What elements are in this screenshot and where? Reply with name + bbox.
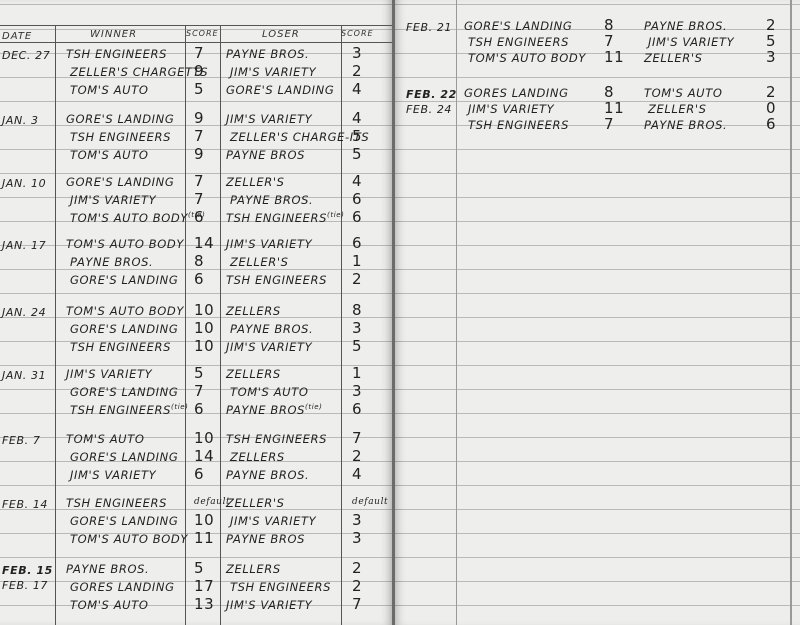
header-bottom-rule <box>0 42 393 43</box>
winner-team: TSH ENGINEERS <box>468 118 569 132</box>
loser-score: 4 <box>352 172 362 190</box>
winner-team: GORE'S LANDING <box>70 450 178 464</box>
loser-score: 6 <box>352 234 362 252</box>
loser-score: default <box>352 497 388 507</box>
loser-team: PAYNE BROS <box>226 148 305 162</box>
winner-score: 5 <box>194 364 204 382</box>
game-date: DEC. 27 <box>2 49 50 62</box>
loser-team: PAYNE BROS. <box>644 19 727 33</box>
game-date: FEB. 15 <box>2 564 53 577</box>
winner-score: 14 <box>194 447 214 465</box>
loser-team: JIM'S VARIETY <box>226 340 312 354</box>
winner-team: TSH ENGINEERS <box>70 130 171 144</box>
winner-score: 10 <box>194 511 214 529</box>
winner-score: 13 <box>194 595 214 613</box>
winner-score: 6 <box>194 270 204 288</box>
loser-score: 3 <box>352 511 362 529</box>
winner-team: GORES LANDING <box>464 86 569 100</box>
winner-team: TOM'S AUTO <box>66 432 144 446</box>
loser-score: 4 <box>352 80 362 98</box>
winner-team: GORE'S LANDING <box>70 514 178 528</box>
header-top-rule <box>0 25 393 26</box>
tie-note: (tie) <box>327 211 344 219</box>
loser-team: JIM'S VARIETY <box>230 65 316 79</box>
winner-score: 5 <box>194 559 204 577</box>
loser-score: 3 <box>766 48 776 66</box>
loser-score: 2 <box>352 577 362 595</box>
loser-score: 2 <box>352 62 362 80</box>
winner-score: 6 <box>194 465 204 483</box>
winner-team: TOM'S AUTO BODY(tie) <box>70 211 205 225</box>
loser-score: 6 <box>766 115 776 133</box>
game-date-alt: FEB. 24 <box>406 103 452 116</box>
winner-score: 9 <box>194 109 204 127</box>
winner-score: 7 <box>194 172 204 190</box>
winner-team: GORE'S LANDING <box>70 385 178 399</box>
loser-team: JIM'S VARIETY <box>226 237 312 251</box>
loser-team: TSH ENGINEERS <box>226 432 327 446</box>
loser-team: TOM'S AUTO <box>644 86 722 100</box>
loser-score: 2 <box>352 270 362 288</box>
loser-team: TSH ENGINEERS <box>226 273 327 287</box>
loser-score: 4 <box>352 465 362 483</box>
winner-team: TOM'S AUTO BODY <box>66 304 184 318</box>
loser-score: 6 <box>352 190 362 208</box>
loser-team: ZELLERS <box>226 304 281 318</box>
header-loser: LOSER <box>262 29 300 40</box>
tie-note: (tie) <box>171 403 188 411</box>
winner-team: GORE'S LANDING <box>70 322 178 336</box>
winner-score: 5 <box>194 80 204 98</box>
loser-team: PAYNE BROS. <box>226 468 309 482</box>
winner-score: 8 <box>194 252 204 270</box>
loser-score: 1 <box>352 364 362 382</box>
game-date: JAN. 24 <box>2 306 46 319</box>
left-page: DATE WINNER SCORE LOSER SCORE DEC. 27TSH… <box>0 0 393 625</box>
loser-team: ZELLER'S <box>226 496 284 510</box>
loser-score: 3 <box>352 382 362 400</box>
loser-score: 6 <box>352 208 362 226</box>
loser-team: GORE'S LANDING <box>226 83 334 97</box>
loser-score: 3 <box>352 44 362 62</box>
winner-score: 10 <box>194 319 214 337</box>
loser-team: TSH ENGINEERS(tie) <box>226 211 345 225</box>
winner-team: TSH ENGINEERS <box>66 47 167 61</box>
tie-note: (tie) <box>305 403 322 411</box>
loser-score: 8 <box>352 301 362 319</box>
date-column-rule <box>55 25 56 625</box>
loser-score: 1 <box>352 252 362 270</box>
winner-team: GORE'S LANDING <box>464 19 572 33</box>
winner-team: PAYNE BROS. <box>66 562 149 576</box>
winner-team: GORE'S LANDING <box>66 175 174 189</box>
winner-score: 7 <box>604 115 614 133</box>
loser-team: PAYNE BROS. <box>226 47 309 61</box>
loser-team: ZELLER'S <box>644 51 702 65</box>
header-loser-score: SCORE <box>341 29 374 38</box>
winner-score: 11 <box>194 529 214 547</box>
winner-team: TOM'S AUTO <box>70 83 148 97</box>
game-date: FEB. 7 <box>2 434 40 447</box>
winner-team: TOM'S AUTO <box>70 148 148 162</box>
game-date: JAN. 17 <box>2 239 46 252</box>
loser-team: ZELLER'S <box>648 102 706 116</box>
winner-team: ZELLER'S CHARGETTS <box>70 65 208 79</box>
winner-team: TSH ENGINEERS <box>66 496 167 510</box>
loser-team: JIM'S VARIETY <box>230 514 316 528</box>
loser-team: ZELLER'S CHARGE-ITS <box>230 130 369 144</box>
winner-team: PAYNE BROS. <box>70 255 153 269</box>
loser-team: TSH ENGINEERS <box>230 580 331 594</box>
winner-score: 6 <box>194 400 204 418</box>
loser-score: 7 <box>352 595 362 613</box>
winner-team: GORES LANDING <box>70 580 175 594</box>
winner-team: JIM'S VARIETY <box>70 193 156 207</box>
loser-team: ZELLERS <box>230 450 285 464</box>
winner-score: 11 <box>604 48 624 66</box>
winner-score: 7 <box>194 127 204 145</box>
loser-score: 5 <box>352 145 362 163</box>
loser-team: TOM'S AUTO <box>230 385 308 399</box>
game-date: FEB. 21 <box>406 21 452 34</box>
winner-score: 9 <box>194 145 204 163</box>
book-gutter <box>392 0 395 625</box>
winner-team: TOM'S AUTO BODY <box>66 237 184 251</box>
winner-score: 17 <box>194 577 214 595</box>
loser-team: ZELLER'S <box>230 255 288 269</box>
loser-column-rule <box>220 25 221 625</box>
game-date: FEB. 14 <box>2 498 48 511</box>
winner-score: 7 <box>194 382 204 400</box>
loser-team: JIM'S VARIETY <box>226 598 312 612</box>
loser-team: PAYNE BROS <box>226 532 305 546</box>
winner-team: TSH ENGINEERS <box>70 340 171 354</box>
loser-team: ZELLER'S <box>226 175 284 189</box>
winner-team: TSH ENGINEERS(tie) <box>70 403 189 417</box>
loser-team: JIM'S VARIETY <box>226 112 312 126</box>
loser-score: 3 <box>352 529 362 547</box>
ledger-spread: DATE WINNER SCORE LOSER SCORE DEC. 27TSH… <box>0 0 800 625</box>
header-winner: WINNER <box>90 29 137 40</box>
page-edge <box>790 0 792 625</box>
loser-score: 5 <box>352 337 362 355</box>
game-date: FEB. 22 <box>406 88 457 101</box>
game-date: JAN. 10 <box>2 177 46 190</box>
game-date-alt: FEB. 17 <box>2 579 48 592</box>
winner-team: GORE'S LANDING <box>70 273 178 287</box>
winner-team: TOM'S AUTO BODY <box>70 532 188 546</box>
winner-score: 10 <box>194 429 214 447</box>
loser-score: 5 <box>352 127 362 145</box>
loser-score: 7 <box>352 429 362 447</box>
header-winner-score: SCORE <box>186 29 219 38</box>
winner-team: JIM'S VARIETY <box>66 367 152 381</box>
loser-score-column-rule <box>341 25 342 625</box>
loser-team: PAYNE BROS. <box>644 118 727 132</box>
loser-team: PAYNE BROS. <box>230 193 313 207</box>
loser-team: PAYNE BROS(tie) <box>226 403 322 417</box>
game-date: JAN. 3 <box>2 114 39 127</box>
loser-score: 2 <box>352 559 362 577</box>
winner-team: TSH ENGINEERS <box>468 35 569 49</box>
winner-team: TOM'S AUTO BODY <box>468 51 586 65</box>
loser-team: ZELLERS <box>226 367 281 381</box>
right-page: FEB. 21GORE'S LANDING8PAYNE BROS.2TSH EN… <box>394 0 800 625</box>
loser-team: PAYNE BROS. <box>230 322 313 336</box>
header-date: DATE <box>2 31 32 42</box>
winner-score: 10 <box>194 337 214 355</box>
loser-score: 6 <box>352 400 362 418</box>
loser-team: ZELLERS <box>226 562 281 576</box>
winner-score: 6 <box>194 208 204 226</box>
winner-score: 7 <box>194 190 204 208</box>
game-date: JAN. 31 <box>2 369 46 382</box>
loser-score: 3 <box>352 319 362 337</box>
winner-score: 14 <box>194 234 214 252</box>
winner-score: 7 <box>194 44 204 62</box>
loser-score: 2 <box>352 447 362 465</box>
winner-team: JIM'S VARIETY <box>70 468 156 482</box>
winner-score: default <box>194 497 230 507</box>
winner-team: GORE'S LANDING <box>66 112 174 126</box>
loser-score: 4 <box>352 109 362 127</box>
winner-team: TOM'S AUTO <box>70 598 148 612</box>
loser-team: JIM'S VARIETY <box>648 35 734 49</box>
winner-team: JIM'S VARIETY <box>468 102 554 116</box>
winner-score: 10 <box>194 301 214 319</box>
winner-score: 9 <box>194 62 204 80</box>
